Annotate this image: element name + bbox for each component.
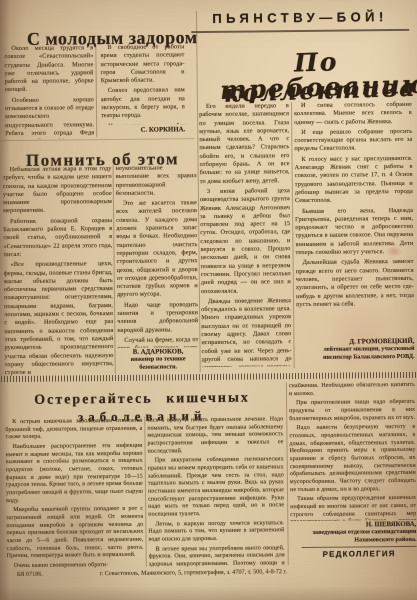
article-paragraph: Надо чаще проводить занятия и тренировки… <box>117 301 198 335</box>
imprint-footer: БЯ 07186. г. Севастополь, Маяковского, 5… <box>0 0 414 2</box>
article-column: И снова состоялось собрание коллектива. … <box>294 101 414 338</box>
article-column: снабжения. Необходимо обязательно кипяти… <box>289 382 416 521</box>
author-signature: В. АДАРЮКОВ, инженер по технике безопасн… <box>118 348 199 373</box>
article-paragraph: Его видели нередко в рабочем поселке, ша… <box>199 102 290 186</box>
newspaper-sheet: С молодым задором Около месяца трудятся … <box>0 0 417 600</box>
editorial-board-block: РЕДКОЛЛЕГИЯ <box>0 0 414 2</box>
article-column: В свободное от работы время студенты пос… <box>100 43 185 125</box>
newspaper-page: С молодым задором Около месяца трудятся … <box>0 0 417 600</box>
print-order-code: БЯ 07186. <box>17 571 43 578</box>
article-paragraph: И снова состоялось собрание коллектива. … <box>294 101 412 127</box>
article-pomnit-ob-etom: Помнить об этом Небывалая летняя жара в … <box>0 0 414 2</box>
banner-underline-rule <box>191 29 409 33</box>
article-paragraph: Бывшая его жена, Надежда Григорьевна, ра… <box>295 206 414 257</box>
article-paragraph: К голосу масс у нас прислушиваются. Алек… <box>294 155 413 206</box>
page-edge-shadow <box>0 0 10 600</box>
author-role: инженер по технике безопасности. <box>118 357 199 373</box>
article-paragraph: 3 июня рабочий цеха овощеводства закрыто… <box>200 187 291 296</box>
article-paragraph: При приготовлении пищи надо оберегать пр… <box>289 399 415 423</box>
article-column: Небывалая летняя жара в этом году требуе… <box>3 165 114 379</box>
author-signature: С. КОРКИНА. <box>101 126 185 135</box>
column-rule <box>95 45 97 137</box>
article-paragraph: Случай на ферме, когда от огня была поте… <box>117 336 198 348</box>
article-column: ться к врачу и начать правильное лечение… <box>147 416 285 568</box>
article-paragraph: И еще решило собрание просить соответств… <box>294 128 412 154</box>
column-rule <box>144 417 147 567</box>
article-osteregaytes-kishechnykh: Остерегайтесь кишечных заболеваний К ост… <box>0 0 414 2</box>
article-column: неукоснительное выполнение всех правил п… <box>116 164 199 348</box>
author-role: заведующая отделом санэпидстанции Нахимо… <box>290 529 416 546</box>
article-column: К острым кишечным заболеваниям относятся… <box>5 418 144 570</box>
author-signature: Н. ШЕВЯКОВА, заведующая отделом санэпидс… <box>290 521 416 546</box>
article-paragraph: Работник пожарной охраны Балаклавского р… <box>3 217 112 260</box>
article-paragraph: Особенно хорошо отзываются в совхозе об … <box>5 96 94 139</box>
article-paragraph: Очень важно своевременно обрати- <box>7 562 144 570</box>
author-role: лейтенант милиции, участковый инспектор … <box>297 346 415 362</box>
print-address-line: г. Севастополь, Маяковского, 5, гортипог… <box>100 567 405 577</box>
article-paragraph: ться к врачу и начать правильное лечение… <box>147 416 283 456</box>
article-paragraph: В летнее время мы употребляем много овощ… <box>149 545 285 569</box>
article-paragraph: «Все производственные цехи, фермы, склад… <box>4 260 114 377</box>
article-paragraph: Таким образом предупреждение кишечных ин… <box>290 495 416 521</box>
article-paragraph: Надо навести безупречную чистоту в столо… <box>289 424 416 494</box>
article-paragraph: снабжения. Необходимо обязательно кипяти… <box>289 382 415 399</box>
article-paragraph: При аккуратном соблюдении гигиенических … <box>148 457 285 520</box>
article-paragraph: Около месяца трудятся в совхозе «Севасто… <box>4 44 94 95</box>
article-paragraph: Настроение у ребят хорошее. Мы надеемся,… <box>101 122 185 125</box>
article-paragraph: Это же касается также всех жителей посел… <box>116 199 198 299</box>
article-paragraph: Наибольшее распространение эти инфекции … <box>5 443 143 506</box>
article-paragraph: Совхоз предоставил нам автобус для поезд… <box>101 87 185 121</box>
article-paragraph: Микробы кишечной группы попадают в рот с… <box>6 506 144 561</box>
article-paragraph: Дальнейшая судьба Жевняка зависит прежде… <box>296 258 415 309</box>
article-paragraph: неукоснительное выполнение всех правил п… <box>116 164 197 198</box>
article-paragraph: Дважды поведение Жевняка обсуждалось в к… <box>201 297 292 367</box>
author-signature: Д. ГРОМОВЕЦКИЙ, лейтенант милиции, участ… <box>296 338 414 363</box>
article-title-line1: Остерегайтесь кишечных <box>9 392 275 409</box>
article-column: Его видели нередко в рабочем поселке, ша… <box>199 102 292 367</box>
article-po-trebovaniyu-kollektiva: ПЬЯНСТВУ—БОЙ! По требованию коллектива Е… <box>0 0 414 2</box>
article-s-molodym-zadorom: С молодым задором Около месяца трудятся … <box>0 0 414 2</box>
article-paragraph: В свободное от работы время студенты пос… <box>100 43 184 85</box>
editorial-board-label: РЕДКОЛЛЕГИЯ <box>302 549 417 559</box>
article-column: Около месяца трудятся в совхозе «Севасто… <box>4 44 94 139</box>
article-paragraph: К острым кишечным заболеваниям относятся… <box>5 418 142 442</box>
article-paragraph: Летом, в жаркую погоду хочется искупатьс… <box>148 520 284 544</box>
rubric-banner: ПЬЯНСТВУ—БОЙ! <box>189 10 411 27</box>
page-edge-shadow <box>0 586 417 600</box>
article-paragraph: Небывалая летняя жара в этом году требуе… <box>3 165 113 216</box>
editorial-board-rule <box>302 546 417 548</box>
